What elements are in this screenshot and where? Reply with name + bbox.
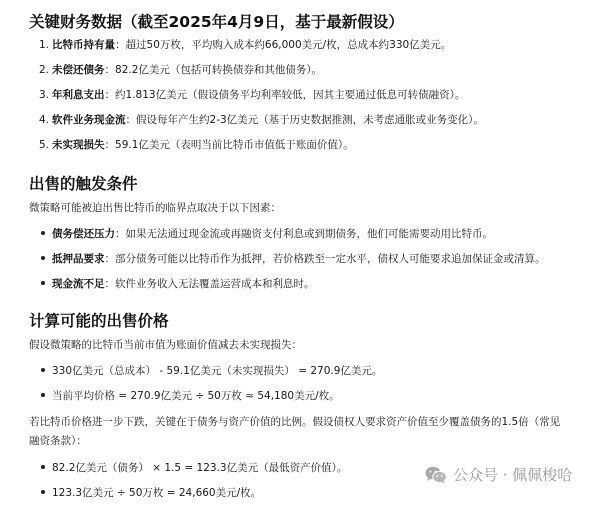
list-item: 5.未实现损失：59.1亿美元（表明当前比特币市值低于账面价值）。 xyxy=(39,138,354,152)
watermark-text: 公众号 · 佩佩梭哈 xyxy=(453,464,572,485)
item-text: 330亿美元（总成本） - 59.1亿美元（未实现损失） = 270.9亿美元。 xyxy=(52,365,382,377)
watermark: 公众号 · 佩佩梭哈 xyxy=(425,464,572,485)
list-item: 330亿美元（总成本） - 59.1亿美元（未实现损失） = 270.9亿美元。 xyxy=(41,364,382,378)
bullet-icon xyxy=(41,393,45,397)
heading-calc-sell-price: 计算可能的出售价格 xyxy=(29,309,169,331)
item-label: 抵押品要求 xyxy=(52,253,105,265)
item-text: ：如果无法通过现金流或再融资支付利息或到期债务，他们可能需要动用比特币。 xyxy=(115,228,493,240)
bullet-icon xyxy=(41,490,45,494)
list-item: 3.年利息支出：约1.813亿美元（假设债务平均利率较低，因其主要通过低息可转债… xyxy=(39,88,465,102)
wechat-icon xyxy=(425,466,447,484)
list-item: 123.3亿美元 ÷ 50万枚 = 24,660美元/枚。 xyxy=(41,486,261,500)
bullet-icon xyxy=(41,231,45,235)
item-text: 82.2亿美元（债务） × 1.5 = 123.3亿美元（最低资产价值）。 xyxy=(52,462,347,474)
list-item: 82.2亿美元（债务） × 1.5 = 123.3亿美元（最低资产价值）。 xyxy=(41,461,347,475)
item-label: 未实现损失 xyxy=(52,139,105,151)
list-item: 当前平均价格 = 270.9亿美元 ÷ 50万枚 ≈ 54,180美元/枚。 xyxy=(41,389,340,403)
item-label: 年利息支出 xyxy=(52,89,105,101)
item-label: 软件业务现金流 xyxy=(52,114,126,126)
list-item: 现金流不足：软件业务收入无法覆盖运营成本和利息时。 xyxy=(41,277,315,291)
section-intro: 假设微策略的比特币当前市值为账面价值减去未实现损失： xyxy=(29,338,302,352)
bullet-icon xyxy=(41,256,45,260)
item-text: ：部分债务可能以比特币作为抵押，若价格跌至一定水平，债权人可能要求追加保证金或清… xyxy=(105,253,546,265)
paragraph-line-1: 若比特币价格进一步下跌，关键在于债务与资产价值的比例。假设债权人要求资产价值至少… xyxy=(29,415,560,429)
list-item: 债务偿还压力：如果无法通过现金流或再融资支付利息或到期债务，他们可能需要动用比特… xyxy=(41,227,493,241)
item-text: ：软件业务收入无法覆盖运营成本和利息时。 xyxy=(105,278,315,290)
heading-sell-triggers: 出售的触发条件 xyxy=(29,172,138,194)
heading-key-financial-data: 关键财务数据（截至2025年4月9日，基于最新假设） xyxy=(29,10,404,32)
item-label: 比特币持有量 xyxy=(52,39,115,51)
list-item: 1.比特币持有量：超过50万枚，平均购入成本约66,000美元/枚，总成本约33… xyxy=(39,38,451,52)
item-text: ：59.1亿美元（表明当前比特币市值低于账面价值）。 xyxy=(105,139,354,151)
item-text: ：超过50万枚，平均购入成本约66,000美元/枚，总成本约330亿美元。 xyxy=(115,39,451,51)
item-label: 未偿还债务 xyxy=(52,64,105,76)
item-label: 债务偿还压力 xyxy=(52,228,115,240)
article-page: 关键财务数据（截至2025年4月9日，基于最新假设） 1.比特币持有量：超过50… xyxy=(0,0,600,505)
list-item: 2.未偿还债务：82.2亿美元（包括可转换债券和其他债务）。 xyxy=(39,63,322,77)
bullet-icon xyxy=(41,465,45,469)
section-intro: 微策略可能被迫出售比特币的临界点取决于以下因素： xyxy=(29,201,281,215)
item-text: ：82.2亿美元（包括可转换债券和其他债务）。 xyxy=(105,64,323,76)
list-item: 抵押品要求：部分债务可能以比特币作为抵押，若价格跌至一定水平，债权人可能要求追加… xyxy=(41,252,546,266)
item-text: ：假设每年产生约2-3亿美元（基于历史数据推测，未考虑通胀或业务变化）。 xyxy=(126,114,484,126)
item-text: 123.3亿美元 ÷ 50万枚 = 24,660美元/枚。 xyxy=(52,487,261,499)
bullet-icon xyxy=(41,368,45,372)
list-item: 4.软件业务现金流：假设每年产生约2-3亿美元（基于历史数据推测，未考虑通胀或业… xyxy=(39,113,484,127)
item-label: 现金流不足 xyxy=(52,278,105,290)
item-text: ：约1.813亿美元（假设债务平均利率较低，因其主要通过低息可转债融资）。 xyxy=(105,89,466,101)
item-text: 当前平均价格 = 270.9亿美元 ÷ 50万枚 ≈ 54,180美元/枚。 xyxy=(52,390,340,402)
paragraph-line-2: 融资条款）： xyxy=(29,434,87,448)
bullet-icon xyxy=(41,281,45,285)
